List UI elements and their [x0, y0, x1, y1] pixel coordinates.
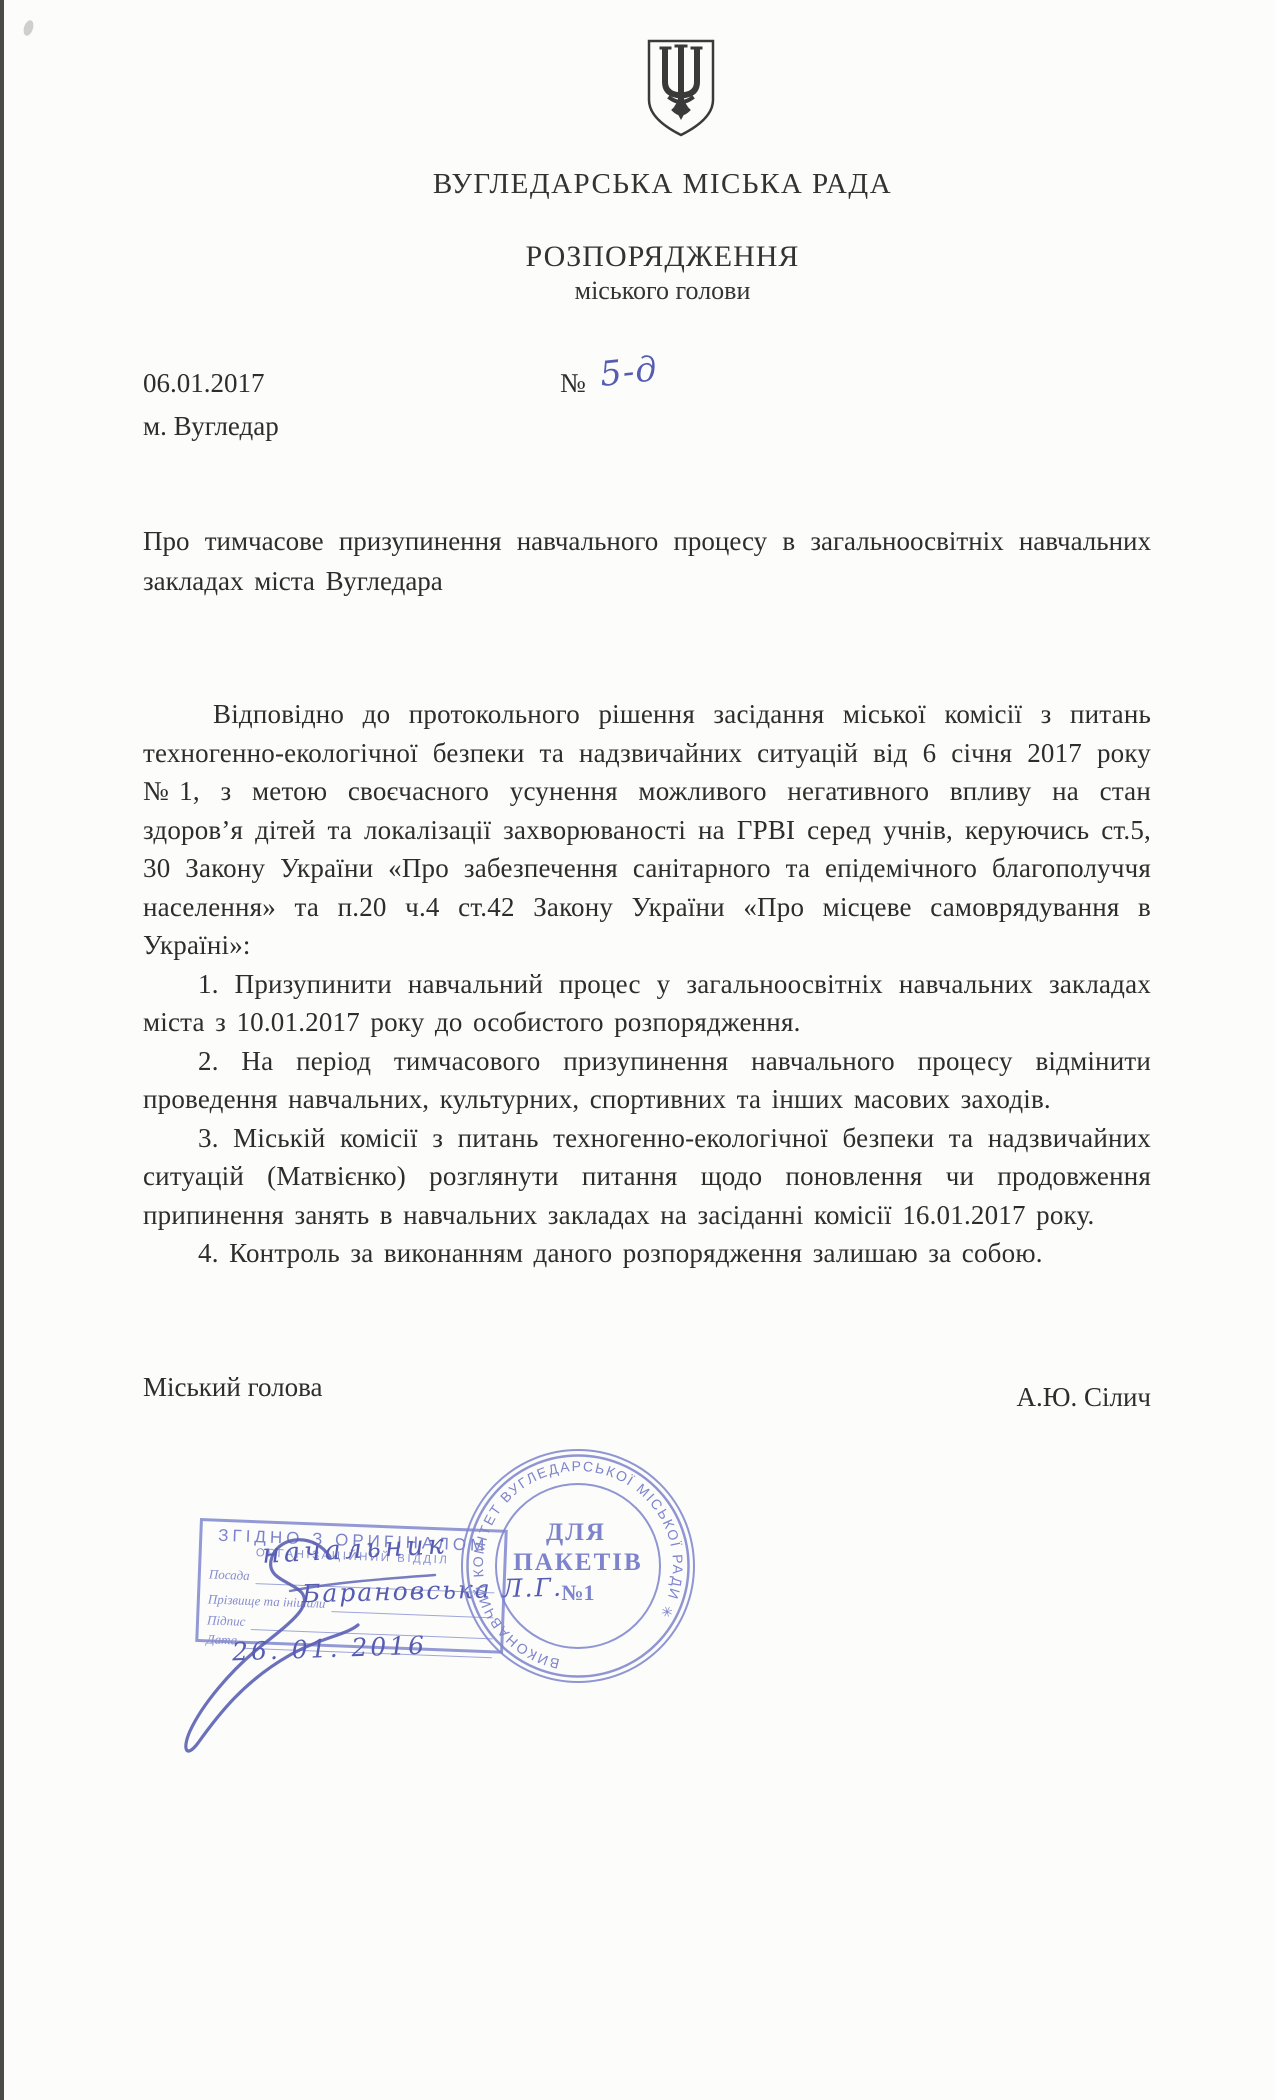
- date-city-block: 06.01.2017 м. Вугледар: [143, 362, 279, 448]
- document-subtype: міського голови: [40, 276, 1275, 306]
- document-subject: Про тимчасове призупинення навчального п…: [143, 521, 1151, 601]
- document-number-label: №: [560, 368, 586, 399]
- handwritten-document-number: 5-д: [598, 349, 660, 395]
- scan-smudge: [22, 19, 36, 37]
- signer-position: Міський голова: [143, 1372, 322, 1403]
- document-date: 06.01.2017: [143, 362, 279, 405]
- order-item-4: 4. Контроль за виконанням даного розпоря…: [143, 1234, 1151, 1273]
- document-city: м. Вугледар: [143, 405, 279, 448]
- organization-name: ВУГЛЕДАРСЬКА МІСЬКА РАДА: [40, 168, 1275, 201]
- signer-name: А.Ю. Сілич: [1016, 1382, 1151, 1413]
- order-item-1: 1. Призупинити навчальний процес у загал…: [143, 965, 1151, 1042]
- stamp-center-line3: №1: [561, 1580, 594, 1605]
- scanned-document-page: ВУГЛЕДАРСЬКА МІСЬКА РАДА РОЗПОРЯДЖЕННЯ м…: [0, 0, 1275, 2100]
- order-item-2: 2. На період тимчасового призупинення на…: [143, 1042, 1151, 1119]
- scan-edge-artifact: [0, 0, 4, 2100]
- order-item-3: 3. Міській комісії з питань техногенно-е…: [143, 1119, 1151, 1235]
- document-type-title: РОЗПОРЯДЖЕННЯ: [40, 240, 1275, 274]
- signature-flourish: [140, 1495, 560, 1785]
- tryzub-coat-of-arms-icon: [645, 38, 717, 140]
- intro-paragraph: Відповідно до протокольного рішення засі…: [143, 695, 1151, 965]
- document-body: Відповідно до протокольного рішення засі…: [143, 695, 1151, 1273]
